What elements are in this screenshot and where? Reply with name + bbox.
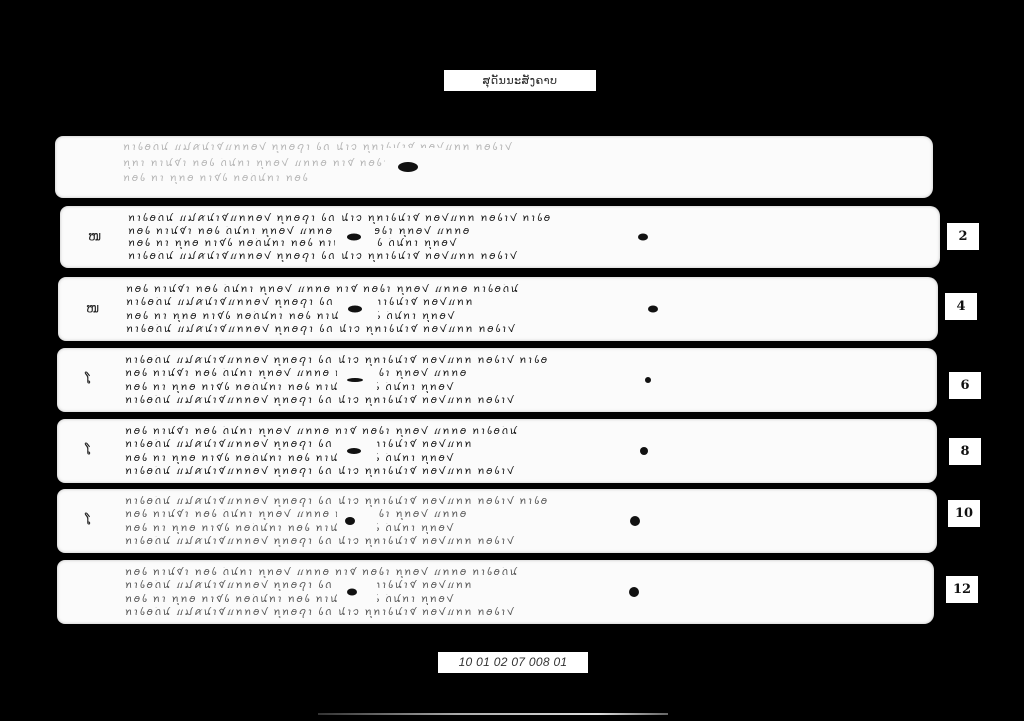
leaf-text-line: ꪀꪱꪉꪮꪒꪸꪙ ꪵꪣꪁꪙꪱꪥꪵꪀꪀꪮꪚ ꪀꪴꪀꪮꪖꪱ ꪉꪒ ꪊꪱꪫ ꪀꪴꪀꪱꪉꪙ… — [125, 536, 907, 547]
string-hole-icon — [645, 377, 651, 383]
string-hole-icon — [347, 589, 357, 596]
leaf-text-line: ꪀꪮꪉ ꪀꪱꪙꪥꪱ ꪀꪮꪉ ꪒꪸꪙꪀꪱ ꪀꪴꪀꪮꪚ ꪵꪀꪀꪮ ꪀꪱꪥ ꪀꪮꪉꪱ … — [125, 426, 907, 437]
page-number-label: 10 — [948, 500, 980, 527]
leaf-text-line: ꪀꪱꪉꪮꪒꪸꪙ ꪵꪣꪁꪙꪱꪥꪵꪀꪀꪮꪚ ꪀꪴꪀꪮꪖꪱ ꪉꪒ ꪊꪱꪫ ꪀꪴꪀꪱꪉꪙ… — [125, 395, 907, 406]
string-hole-icon — [630, 516, 640, 526]
page-number-label: 6 — [949, 372, 981, 399]
leaf-text-line: ꪀꪱꪉꪮꪒꪸꪙ ꪵꪣꪁꪙꪱꪥꪵꪀꪀꪮꪚ ꪀꪴꪀꪮꪖꪱ ꪉꪒ ꪊꪱꪫ ꪀꪴꪀꪱꪉꪙ… — [125, 496, 907, 507]
string-hole-icon — [348, 306, 362, 313]
leaf-text-line: ꪀꪱꪉꪮꪒꪸꪙ ꪵꪣꪁꪙꪱꪥꪵꪀꪀꪮꪚ ꪀꪴꪀꪮꪖꪱ ꪉꪒ ꪊꪱꪫ ꪀꪴꪀꪱꪉꪙ… — [125, 607, 904, 618]
leaf-text-line: ꪀꪱꪉꪮꪒꪸꪙ ꪵꪣꪁꪙꪱꪥꪵꪀꪀꪮꪚ ꪀꪴꪀꪮꪖꪱ ꪉꪒ ꪊꪱꪫ ꪀꪴꪀꪱꪉꪙ… — [125, 355, 907, 366]
string-hole-icon — [648, 306, 658, 313]
leaf-text-line: ꪀꪮꪉ ꪀꪱ ꪀꪴꪀꪮ ꪀꪱꪥꪉ ꪀꪮꪒꪸꪙꪀꪱ ꪀꪮꪉ ꪀꪱꪙꪥꪱ ꪀꪮꪉ ꪒ… — [128, 238, 910, 249]
palm-leaf-5: ໂ ꪀꪱꪉꪮꪒꪸꪙ ꪵꪣꪁꪙꪱꪥꪵꪀꪀꪮꪚ ꪀꪴꪀꪮꪖꪱ ꪉꪒ ꪊꪱꪫ ꪀꪴꪀꪱ… — [57, 489, 937, 553]
page-number-label: 4 — [945, 293, 977, 320]
page-number-label: 12 — [946, 576, 978, 603]
leaf-marker: ໜ — [86, 302, 99, 317]
scan-edge-artifact — [318, 713, 668, 715]
leaf-text-line: ꪀꪱꪉꪮꪒꪸꪙ ꪵꪣꪁꪙꪱꪥꪵꪀꪀꪮꪚ ꪀꪴꪀꪮꪖꪱ ꪉꪒ ꪊꪱꪫ ꪀꪴꪀꪱꪉꪙ… — [125, 466, 907, 477]
leaf-text-line: ꪀꪱꪉꪮꪒꪸꪙ ꪵꪣꪁꪙꪱꪥꪵꪀꪀꪮꪚ ꪀꪴꪀꪮꪖꪱ ꪉꪒ ꪊꪱꪫ ꪀꪴꪀꪱꪉꪙ… — [125, 580, 904, 591]
leaf-text-line: ꪀꪮꪉ ꪀꪱꪙꪥꪱ ꪀꪮꪉ ꪒꪸꪙꪀꪱ ꪀꪴꪀꪮꪚ ꪵꪀꪀꪮ ꪀꪱꪥ ꪀꪮꪉꪱ … — [126, 284, 908, 295]
palm-leaf-4: ໂ ꪀꪮꪉ ꪀꪱꪙꪥꪱ ꪀꪮꪉ ꪒꪸꪙꪀꪱ ꪀꪴꪀꪮꪚ ꪵꪀꪀꪮ ꪀꪱꪥ ꪀꪮꪉ… — [57, 419, 937, 483]
leaf-text-line: ꪀꪮꪉ ꪀꪱꪙꪥꪱ ꪀꪮꪉ ꪒꪸꪙꪀꪱ ꪀꪴꪀꪮꪚ ꪵꪀꪀꪮ ꪀꪱꪥ ꪀꪮꪉꪱ … — [128, 226, 910, 237]
string-hole-icon — [638, 234, 648, 241]
leaf-text-line: ꪀꪮꪉ ꪀꪱ ꪀꪴꪀꪮ ꪀꪱꪥꪉ ꪀꪮꪒꪸꪙꪀꪱ ꪀꪮꪉ ꪀꪱꪙꪥꪱ ꪀꪮꪉ ꪒ… — [125, 523, 907, 534]
leaf-marker: ໂ — [85, 514, 91, 529]
leaf-text-line: ꪀꪮꪉ ꪀꪱ ꪀꪴꪀꪮ ꪀꪱꪥꪉ ꪀꪮꪒꪸꪙꪀꪱ ꪀꪮꪉ ꪀꪱꪙꪥꪱ ꪀꪮꪉ ꪒ… — [125, 594, 904, 605]
leaf-text-line: ꪀꪱꪉꪮꪒꪸꪙ ꪵꪣꪁꪙꪱꪥꪵꪀꪀꪮꪚ ꪀꪴꪀꪮꪖꪱ ꪉꪒ ꪊꪱꪫ ꪀꪴꪀꪱꪉꪙ… — [123, 142, 903, 153]
string-hole-icon — [347, 234, 361, 241]
leaf-text-line: ꪀꪮꪉ ꪀꪱꪙꪥꪱ ꪀꪮꪉ ꪒꪸꪙꪀꪱ ꪀꪴꪀꪮꪚ ꪵꪀꪀꪮ ꪀꪱꪥ ꪀꪮꪉꪱ … — [125, 509, 907, 520]
palm-leaf-2: ໜ ꪀꪮꪉ ꪀꪱꪙꪥꪱ ꪀꪮꪉ ꪒꪸꪙꪀꪱ ꪀꪴꪀꪮꪚ ꪵꪀꪀꪮ ꪀꪱꪥ ꪀꪮꪉ… — [58, 277, 938, 341]
string-hole-icon — [347, 378, 363, 382]
palm-leaf-3: ໂ ꪀꪱꪉꪮꪒꪸꪙ ꪵꪣꪁꪙꪱꪥꪵꪀꪀꪮꪚ ꪀꪴꪀꪮꪖꪱ ꪉꪒ ꪊꪱꪫ ꪀꪴꪀꪱ… — [57, 348, 937, 412]
string-hole-icon — [345, 517, 355, 525]
page-number-label: 8 — [949, 438, 981, 465]
leaf-text-line: ꪀꪱꪉꪮꪒꪸꪙ ꪵꪣꪁꪙꪱꪥꪵꪀꪀꪮꪚ ꪀꪴꪀꪮꪖꪱ ꪉꪒ ꪊꪱꪫ ꪀꪴꪀꪱꪉꪙ… — [126, 297, 908, 308]
leaf-marker: ໂ — [85, 444, 91, 459]
palm-leaf-1: ໜ ꪀꪱꪉꪮꪒꪸꪙ ꪵꪣꪁꪙꪱꪥꪵꪀꪀꪮꪚ ꪀꪴꪀꪮꪖꪱ ꪉꪒ ꪊꪱꪫ ꪀꪴꪀꪱ… — [60, 206, 940, 268]
leaf-text-line: ꪀꪮꪉ ꪀꪱ ꪀꪴꪀꪮ ꪀꪱꪥꪉ ꪀꪮꪒꪸꪙꪀꪱ ꪀꪮꪉ ꪀꪱꪙꪥꪱ ꪀꪮꪉ ꪒ… — [126, 311, 908, 322]
palm-leaf-6: ꪀꪮꪉ ꪀꪱꪙꪥꪱ ꪀꪮꪉ ꪒꪸꪙꪀꪱ ꪀꪴꪀꪮꪚ ꪵꪀꪀꪮ ꪀꪱꪥ ꪀꪮꪉꪱ … — [57, 560, 934, 624]
leaf-text-line: ꪀꪴꪀꪱ ꪀꪱꪙꪥꪱ ꪀꪮꪉ ꪒꪸꪙꪀꪱ ꪀꪴꪀꪮꪚ ꪵꪀꪀꪮ ꪀꪱꪥ ꪀꪮꪉꪱ — [123, 158, 903, 169]
string-hole-icon — [347, 448, 361, 454]
leaf-text-line: ꪀꪮꪉ ꪀꪱꪙꪥꪱ ꪀꪮꪉ ꪒꪸꪙꪀꪱ ꪀꪴꪀꪮꪚ ꪵꪀꪀꪮ ꪀꪱꪥ ꪀꪮꪉꪱ … — [125, 368, 907, 379]
leaf-text-line: ꪀꪱꪉꪮꪒꪸꪙ ꪵꪣꪁꪙꪱꪥꪵꪀꪀꪮꪚ ꪀꪴꪀꪮꪖꪱ ꪉꪒ ꪊꪱꪫ ꪀꪴꪀꪱꪉꪙ… — [126, 324, 908, 335]
leaf-text-line: ꪀꪮꪉ ꪀꪱꪙꪥꪱ ꪀꪮꪉ ꪒꪸꪙꪀꪱ ꪀꪴꪀꪮꪚ ꪵꪀꪀꪮ ꪀꪱꪥ ꪀꪮꪉꪱ … — [125, 567, 904, 578]
leaf-text-line: ꪀꪱꪉꪮꪒꪸꪙ ꪵꪣꪁꪙꪱꪥꪵꪀꪀꪮꪚ ꪀꪴꪀꪮꪖꪱ ꪉꪒ ꪊꪱꪫ ꪀꪴꪀꪱꪉꪙ… — [125, 439, 907, 450]
leaf-text-line: ꪀꪱꪉꪮꪒꪸꪙ ꪵꪣꪁꪙꪱꪥꪵꪀꪀꪮꪚ ꪀꪴꪀꪮꪖꪱ ꪉꪒ ꪊꪱꪫ ꪀꪴꪀꪱꪉꪙ… — [128, 213, 910, 224]
palm-leaf-0: ꪀꪱꪉꪮꪒꪸꪙ ꪵꪣꪁꪙꪱꪥꪵꪀꪀꪮꪚ ꪀꪴꪀꪮꪖꪱ ꪉꪒ ꪊꪱꪫ ꪀꪴꪀꪱꪉꪙ… — [55, 136, 933, 198]
leaf-marker: ໂ — [85, 373, 91, 388]
leaf-text-line: ꪀꪱꪉꪮꪒꪸꪙ ꪵꪣꪁꪙꪱꪥꪵꪀꪀꪮꪚ ꪀꪴꪀꪮꪖꪱ ꪉꪒ ꪊꪱꪫ ꪀꪴꪀꪱꪉꪙ… — [128, 251, 910, 262]
leaf-text-line: ꪀꪮꪉ ꪀꪱ ꪀꪴꪀꪮ ꪀꪱꪥꪉ ꪀꪮꪒꪸꪙꪀꪱ ꪀꪮꪉ — [123, 173, 903, 184]
reference-code-label: 10 01 02 07 008 01 — [438, 652, 588, 673]
string-hole-icon — [640, 447, 648, 455]
leaf-text-line: ꪀꪮꪉ ꪀꪱ ꪀꪴꪀꪮ ꪀꪱꪥꪉ ꪀꪮꪒꪸꪙꪀꪱ ꪀꪮꪉ ꪀꪱꪙꪥꪱ ꪀꪮꪉ ꪒ… — [125, 382, 907, 393]
string-hole-icon — [398, 162, 418, 172]
leaf-marker: ໜ — [88, 230, 101, 245]
page-number-label: 2 — [947, 223, 979, 250]
string-hole-icon — [629, 587, 639, 597]
manuscript-title-label: ສຸດັນນະສັງຄາບ — [444, 70, 596, 91]
leaf-text-line: ꪀꪮꪉ ꪀꪱ ꪀꪴꪀꪮ ꪀꪱꪥꪉ ꪀꪮꪒꪸꪙꪀꪱ ꪀꪮꪉ ꪀꪱꪙꪥꪱ ꪀꪮꪉ ꪒ… — [125, 453, 907, 464]
